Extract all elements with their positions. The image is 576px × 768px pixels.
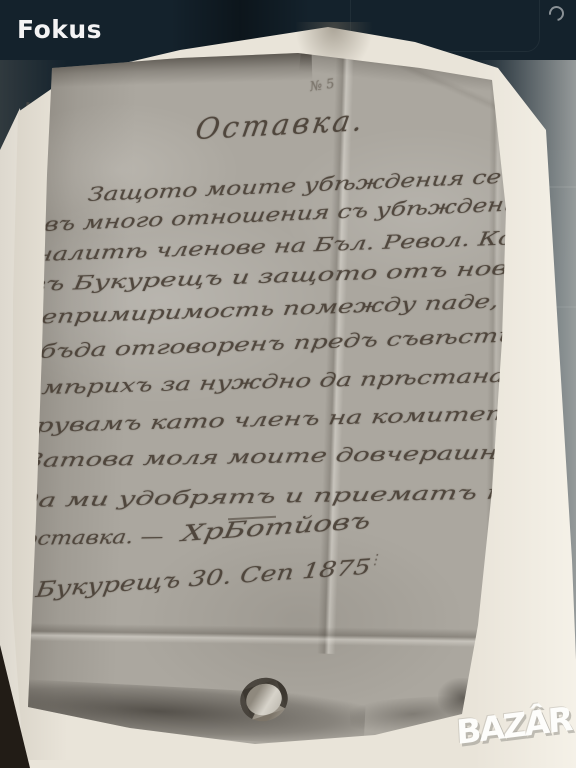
reflection-mark bbox=[546, 3, 567, 24]
seller-watermark: Fokus bbox=[17, 15, 102, 44]
letter-closing: оставка. — bbox=[22, 526, 165, 550]
photo-canvas: № 5 Оставка. Защото моите убѣждения се о… bbox=[0, 0, 576, 768]
